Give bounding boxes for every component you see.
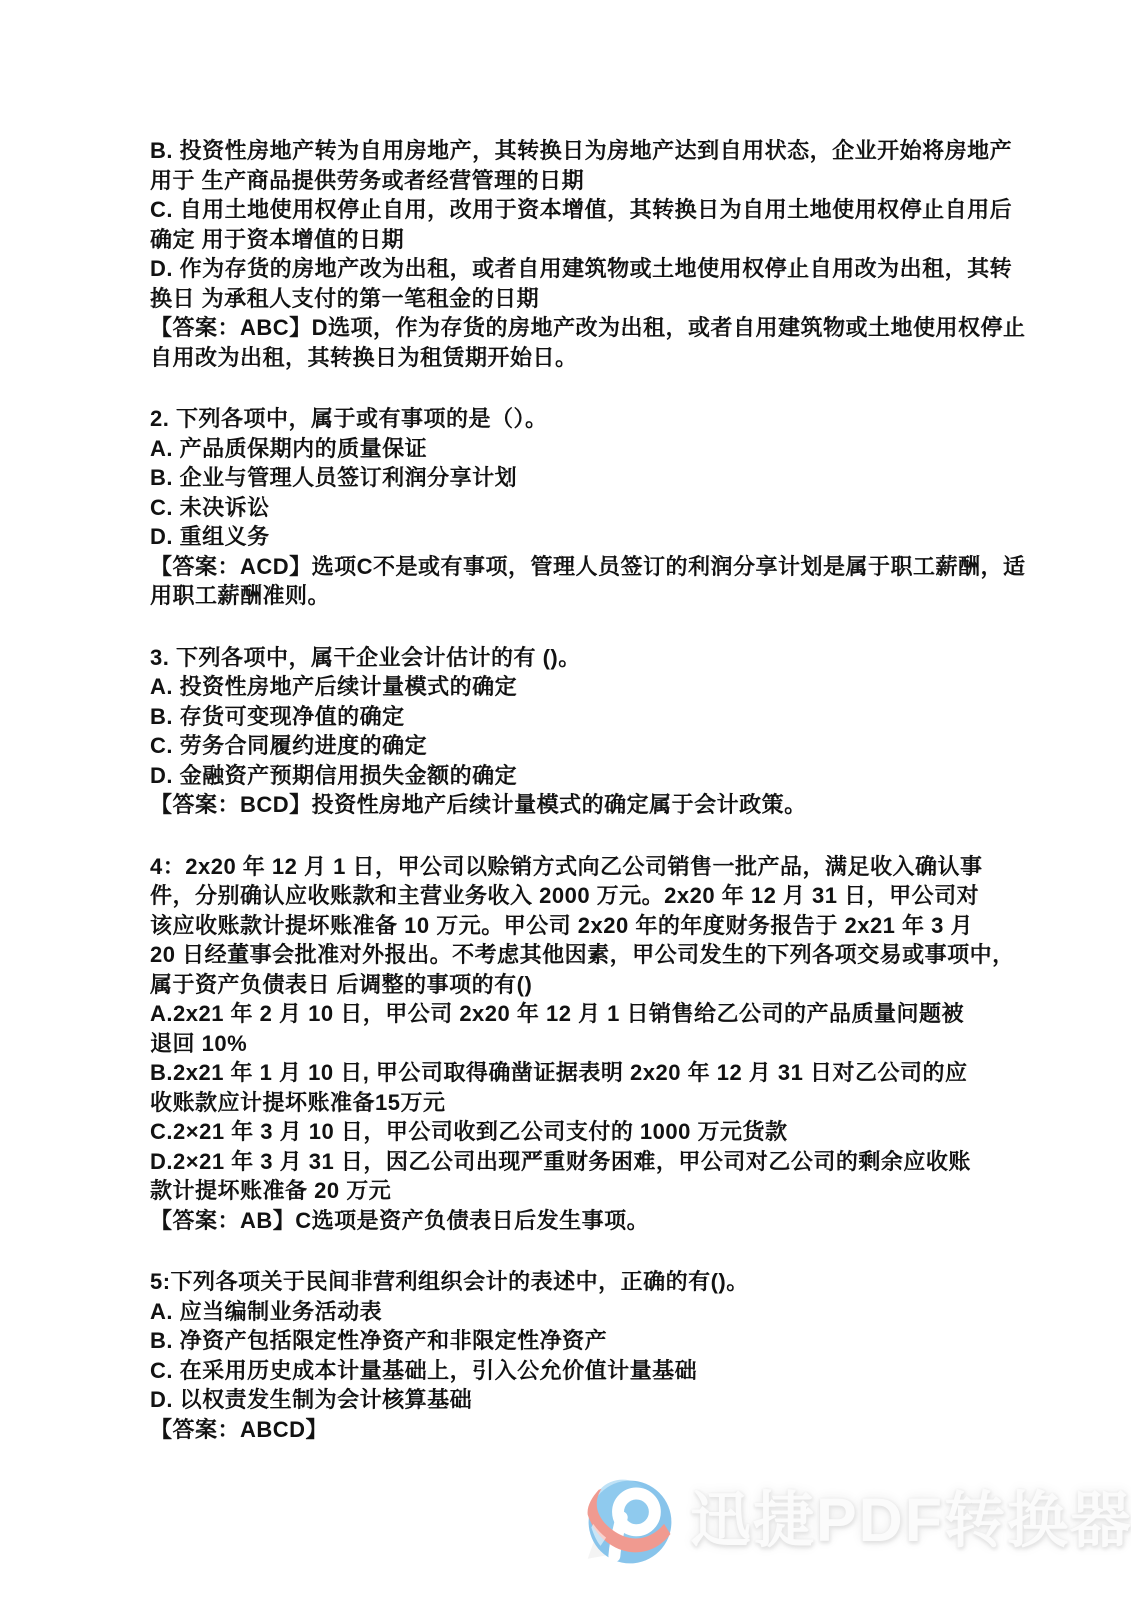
option-c: C. 劳务合同履约进度的确定 <box>150 731 995 761</box>
option-c-line-2: 确定 用于资本增值的日期 <box>150 225 995 255</box>
option-c: C. 未决诉讼 <box>150 493 995 523</box>
answer-line: 【答案：ABCD】 <box>150 1415 995 1445</box>
exam-content: B. 投资性房地产转为自用房地产，其转换日为房地产达到自用状态，企业开始将房地产… <box>150 136 995 1444</box>
option-b-line-2: 用于 生产商品提供劳务或者经营管理的日期 <box>150 166 995 196</box>
question-2: 2. 下列各项中，属于或有事项的是（）。 A. 产品质保期内的质量保证 B. 企… <box>150 404 995 611</box>
question-1-continuation: B. 投资性房地产转为自用房地产，其转换日为房地产达到自用状态，企业开始将房地产… <box>150 136 995 372</box>
option-a: A. 产品质保期内的质量保证 <box>150 434 995 464</box>
document-page: B. 投资性房地产转为自用房地产，其转换日为房地产达到自用状态，企业开始将房地产… <box>0 0 1131 1600</box>
option-d: D. 以权责发生制为会计核算基础 <box>150 1385 995 1415</box>
pdf-converter-logo-icon <box>584 1476 676 1568</box>
option-d-line-1: D. 作为存货的房地产改为出租，或者自用建筑物或土地使用权停止自用改为出租，其转 <box>150 254 995 284</box>
answer-line: 【答案：BCD】投资性房地产后续计量模式的确定属于会计政策。 <box>150 790 995 820</box>
option-d: D. 金融资产预期信用损失金额的确定 <box>150 761 995 791</box>
option-a-line-2: 退回 10% <box>150 1029 995 1059</box>
option-b: B. 存货可变现净值的确定 <box>150 702 995 732</box>
option-d-line-2: 换日 为承租人支付的第一笔租金的日期 <box>150 284 995 314</box>
option-b: B. 企业与管理人员签订利润分享计划 <box>150 463 995 493</box>
question-stem: 2. 下列各项中，属于或有事项的是（）。 <box>150 404 995 434</box>
question-stem-line-4: 20 日经董事会批准对外报出。不考虑其他因素，甲公司发生的下列各项交易或事项中， <box>150 940 995 970</box>
question-stem-line-1: 4：2x20 年 12 月 1 日，甲公司以赊销方式向乙公司销售一批产品，满足收… <box>150 852 995 882</box>
answer-line: 【答案：AB】C选项是资产负债表日后发生事项。 <box>150 1206 995 1236</box>
question-3: 3. 下列各项中，属干企业会计估计的有 ()。 A. 投资性房地产后续计量模式的… <box>150 643 995 820</box>
option-d-line-1: D.2×21 年 3 月 31 日，因乙公司出现严重财务困难，甲公司对乙公司的剩… <box>150 1147 995 1177</box>
question-4: 4：2x20 年 12 月 1 日，甲公司以赊销方式向乙公司销售一批产品，满足收… <box>150 852 995 1236</box>
answer-line-2: 用职工薪酬准则。 <box>150 581 995 611</box>
question-stem-line-5: 属于资产负债表日 后调整的事项的有() <box>150 970 995 1000</box>
option-b-line-1: B.2x21 年 1 月 10 日, 甲公司取得确凿证据表明 2x20 年 12… <box>150 1058 995 1088</box>
option-c: C. 在采用历史成本计量基础上，引入公允价值计量基础 <box>150 1356 995 1386</box>
option-d-line-2: 款计提坏账准备 20 万元 <box>150 1176 995 1206</box>
option-d: D. 重组义务 <box>150 522 995 552</box>
option-c: C.2×21 年 3 月 10 日，甲公司收到乙公司支付的 1000 万元货款 <box>150 1117 995 1147</box>
watermark: 迅捷PDF转换器 <box>584 1462 1131 1568</box>
question-stem-line-3: 该应收账款计提坏账准备 10 万元。甲公司 2x20 年的年度财务报告于 2x2… <box>150 911 995 941</box>
option-b-line-1: B. 投资性房地产转为自用房地产，其转换日为房地产达到自用状态，企业开始将房地产 <box>150 136 995 166</box>
option-b: B. 净资产包括限定性净资产和非限定性净资产 <box>150 1326 995 1356</box>
answer-line-2: 自用改为出租，其转换日为租赁期开始日。 <box>150 343 995 373</box>
answer-line-1: 【答案：ABC】D选项，作为存货的房地产改为出租，或者自用建筑物或土地使用权停止 <box>150 313 995 343</box>
option-a-line-1: A.2x21 年 2 月 10 日，甲公司 2x20 年 12 月 1 日销售给… <box>150 999 995 1029</box>
option-a: A. 应当编制业务活动表 <box>150 1297 995 1327</box>
question-5: 5:下列各项关于民间非营利组织会计的表述中，正确的有()。 A. 应当编制业务活… <box>150 1267 995 1444</box>
option-a: A. 投资性房地产后续计量模式的确定 <box>150 672 995 702</box>
option-b-line-2: 收账款应计提坏账准备15万元 <box>150 1088 995 1118</box>
option-c-line-1: C. 自用土地使用权停止自用，改用于资本增值，其转换日为自用土地使用权停止自用后 <box>150 195 995 225</box>
question-stem-line-2: 件，分别确认应收账款和主营业务收入 2000 万元。2x20 年 12 月 31… <box>150 881 995 911</box>
question-stem: 5:下列各项关于民间非营利组织会计的表述中，正确的有()。 <box>150 1267 995 1297</box>
answer-line-1: 【答案：ACD】选项C不是或有事项，管理人员签订的利润分享计划是属于职工薪酬，适 <box>150 552 995 582</box>
question-stem: 3. 下列各项中，属干企业会计估计的有 ()。 <box>150 643 995 673</box>
watermark-text: 迅捷PDF转换器 <box>690 1472 1131 1559</box>
